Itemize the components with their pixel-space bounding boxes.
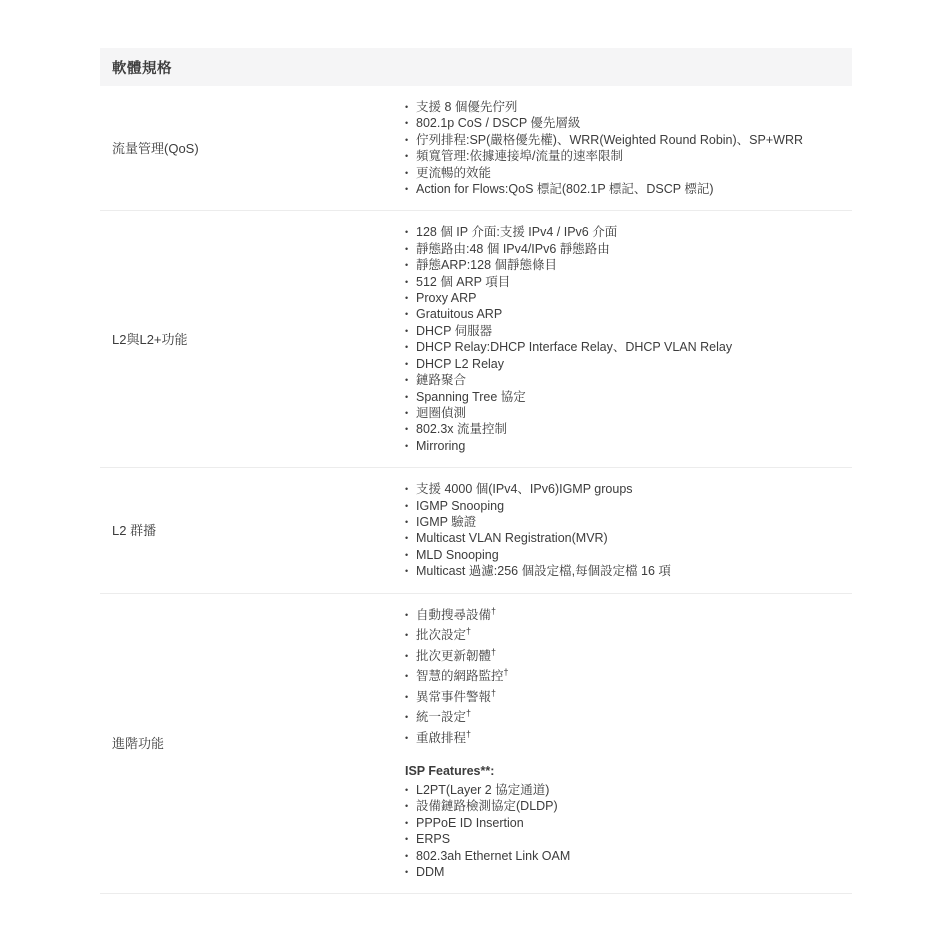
bullet-icon: • — [405, 438, 416, 454]
spec-item: •Spanning Tree 協定 — [405, 389, 846, 405]
bullet-icon: • — [405, 339, 416, 355]
spec-section-header: 軟體規格 — [100, 48, 852, 86]
bullet-icon: • — [405, 815, 416, 831]
spec-item: •批次更新韌體† — [405, 648, 846, 669]
bullet-icon: • — [405, 607, 416, 624]
spec-item-text: DHCP Relay:DHCP Interface Relay、DHCP VLA… — [416, 339, 846, 355]
spec-rows: 流量管理(QoS)•支援 8 個優先佇列•802.1p CoS / DSCP 優… — [100, 86, 852, 894]
dagger-footnote-mark: † — [491, 647, 496, 657]
spec-item-text: 支援 8 個優先佇列 — [416, 99, 846, 115]
dagger-footnote-mark: † — [491, 688, 496, 698]
spec-item-text: L2PT(Layer 2 協定通道) — [416, 782, 846, 798]
spec-item-text: PPPoE ID Insertion — [416, 815, 846, 831]
spec-item-text: 重啟排程† — [416, 730, 846, 747]
bullet-list: •L2PT(Layer 2 協定通道)•設備鏈路檢測協定(DLDP)•PPPoE… — [405, 782, 846, 880]
bullet-icon: • — [405, 668, 416, 685]
bullet-icon: • — [405, 782, 416, 798]
spec-item-text: 鏈路聚合 — [416, 372, 846, 388]
bullet-icon: • — [405, 323, 416, 339]
spec-item-text: DDM — [416, 864, 846, 880]
spec-row-label: 流量管理(QoS) — [100, 99, 405, 197]
spec-item: •DHCP L2 Relay — [405, 356, 846, 372]
bullet-icon: • — [405, 798, 416, 814]
spec-item: •批次設定† — [405, 627, 846, 648]
spec-item-text: MLD Snooping — [416, 547, 846, 563]
spec-item-text: 佇列排程:SP(嚴格優先權)、WRR(Weighted Round Robin)… — [416, 132, 846, 148]
spec-item-text: 128 個 IP 介面:支援 IPv4 / IPv6 介面 — [416, 224, 846, 240]
spec-item: •更流暢的效能 — [405, 165, 846, 181]
dagger-footnote-mark: † — [491, 606, 496, 616]
bullet-icon: • — [405, 831, 416, 847]
spec-item-text: 512 個 ARP 項目 — [416, 274, 846, 290]
spec-item-text: 頻寬管理:依據連接埠/流量的速率限制 — [416, 148, 846, 164]
bullet-icon: • — [405, 547, 416, 563]
spec-item-text: Mirroring — [416, 438, 846, 454]
dagger-footnote-mark: † — [504, 667, 509, 677]
bullet-icon: • — [405, 405, 416, 421]
spec-item-text: Gratuitous ARP — [416, 306, 846, 322]
bullet-icon: • — [405, 99, 416, 115]
bullet-icon: • — [405, 165, 416, 181]
spec-item-text: 批次設定† — [416, 627, 846, 644]
bullet-icon: • — [405, 181, 416, 197]
spec-item-text: DHCP 伺服器 — [416, 323, 846, 339]
spec-item-text: DHCP L2 Relay — [416, 356, 846, 372]
spec-item: •Multicast 過濾:256 個設定檔,每個設定檔 16 項 — [405, 563, 846, 579]
spec-row-value: •支援 4000 個(IPv4、IPv6)IGMP groups•IGMP Sn… — [405, 481, 852, 579]
bullet-icon: • — [405, 356, 416, 372]
bullet-icon: • — [405, 730, 416, 747]
bullet-icon: • — [405, 709, 416, 726]
spec-item: •靜態ARP:128 個靜態條目 — [405, 257, 846, 273]
spec-group: •支援 8 個優先佇列•802.1p CoS / DSCP 優先層級•佇列排程:… — [405, 99, 846, 197]
spec-item-text: IGMP 驗證 — [416, 514, 846, 530]
dagger-footnote-mark: † — [466, 708, 471, 718]
bullet-icon: • — [405, 224, 416, 240]
spec-row: L2 群播•支援 4000 個(IPv4、IPv6)IGMP groups•IG… — [100, 468, 852, 593]
bullet-icon: • — [405, 848, 416, 864]
bullet-icon: • — [405, 864, 416, 880]
bullet-icon: • — [405, 481, 416, 497]
bullet-icon: • — [405, 421, 416, 437]
spec-item: •Multicast VLAN Registration(MVR) — [405, 530, 846, 546]
spec-group: •128 個 IP 介面:支援 IPv4 / IPv6 介面•靜態路由:48 個… — [405, 224, 846, 454]
spec-row-label: L2與L2+功能 — [100, 224, 405, 454]
spec-item: •DHCP Relay:DHCP Interface Relay、DHCP VL… — [405, 339, 846, 355]
spec-item-text: Proxy ARP — [416, 290, 846, 306]
spec-row-value: •自動搜尋設備†•批次設定†•批次更新韌體†•智慧的網路監控†•異常事件警報†•… — [405, 607, 852, 881]
bullet-icon: • — [405, 498, 416, 514]
spec-item: •自動搜尋設備† — [405, 607, 846, 628]
spec-item: •統一設定† — [405, 709, 846, 730]
spec-row-value: •支援 8 個優先佇列•802.1p CoS / DSCP 優先層級•佇列排程:… — [405, 99, 852, 197]
spec-item: •DDM — [405, 864, 846, 880]
bullet-list: •128 個 IP 介面:支援 IPv4 / IPv6 介面•靜態路由:48 個… — [405, 224, 846, 454]
spec-row-label: 進階功能 — [100, 607, 405, 881]
bullet-icon: • — [405, 241, 416, 257]
software-spec-table: 軟體規格 流量管理(QoS)•支援 8 個優先佇列•802.1p CoS / D… — [100, 48, 852, 894]
spec-item-text: Spanning Tree 協定 — [416, 389, 846, 405]
spec-item-text: ERPS — [416, 831, 846, 847]
spec-item-text: 更流暢的效能 — [416, 165, 846, 181]
bullet-icon: • — [405, 274, 416, 290]
spec-item: •鏈路聚合 — [405, 372, 846, 388]
bullet-icon: • — [405, 648, 416, 665]
spec-item-text: 迴圈偵測 — [416, 405, 846, 421]
spec-item: •128 個 IP 介面:支援 IPv4 / IPv6 介面 — [405, 224, 846, 240]
bullet-list: •支援 4000 個(IPv4、IPv6)IGMP groups•IGMP Sn… — [405, 481, 846, 579]
spec-item: •PPPoE ID Insertion — [405, 815, 846, 831]
spec-item: •靜態路由:48 個 IPv4/IPv6 靜態路由 — [405, 241, 846, 257]
spec-item-text: 批次更新韌體† — [416, 648, 846, 665]
bullet-icon: • — [405, 530, 416, 546]
spec-page: 軟體規格 流量管理(QoS)•支援 8 個優先佇列•802.1p CoS / D… — [0, 0, 950, 950]
bullet-icon: • — [405, 689, 416, 706]
bullet-list: •支援 8 個優先佇列•802.1p CoS / DSCP 優先層級•佇列排程:… — [405, 99, 846, 197]
spec-group: •支援 4000 個(IPv4、IPv6)IGMP groups•IGMP Sn… — [405, 481, 846, 579]
bullet-icon: • — [405, 290, 416, 306]
spec-item-text: Action for Flows:QoS 標記(802.1P 標記、DSCP 標… — [416, 181, 846, 197]
spec-item-text: 智慧的網路監控† — [416, 668, 846, 685]
bullet-icon: • — [405, 257, 416, 273]
spec-item-text: 自動搜尋設備† — [416, 607, 846, 624]
spec-item: •支援 8 個優先佇列 — [405, 99, 846, 115]
spec-item: •迴圈偵測 — [405, 405, 846, 421]
spec-row: 流量管理(QoS)•支援 8 個優先佇列•802.1p CoS / DSCP 優… — [100, 86, 852, 211]
spec-group: •自動搜尋設備†•批次設定†•批次更新韌體†•智慧的網路監控†•異常事件警報†•… — [405, 607, 846, 751]
spec-item: •頻寬管理:依據連接埠/流量的速率限制 — [405, 148, 846, 164]
bullet-icon: • — [405, 148, 416, 164]
spec-item: •Action for Flows:QoS 標記(802.1P 標記、DSCP … — [405, 181, 846, 197]
bullet-icon: • — [405, 389, 416, 405]
spec-item: •Mirroring — [405, 438, 846, 454]
bullet-list: •自動搜尋設備†•批次設定†•批次更新韌體†•智慧的網路監控†•異常事件警報†•… — [405, 607, 846, 751]
bullet-icon: • — [405, 627, 416, 644]
bullet-icon: • — [405, 563, 416, 579]
spec-item: •802.3ah Ethernet Link OAM — [405, 848, 846, 864]
spec-group: ISP Features**:•L2PT(Layer 2 協定通道)•設備鏈路檢… — [405, 763, 846, 881]
spec-item: •802.3x 流量控制 — [405, 421, 846, 437]
spec-item-text: 802.3x 流量控制 — [416, 421, 846, 437]
spec-item-text: 支援 4000 個(IPv4、IPv6)IGMP groups — [416, 481, 846, 497]
bullet-icon: • — [405, 306, 416, 322]
bullet-icon: • — [405, 514, 416, 530]
spec-item: •Gratuitous ARP — [405, 306, 846, 322]
spec-item: •異常事件警報† — [405, 689, 846, 710]
spec-row-label: L2 群播 — [100, 481, 405, 579]
spec-item: •支援 4000 個(IPv4、IPv6)IGMP groups — [405, 481, 846, 497]
spec-item-text: 統一設定† — [416, 709, 846, 726]
spec-item: •智慧的網路監控† — [405, 668, 846, 689]
spec-item: •DHCP 伺服器 — [405, 323, 846, 339]
spec-row: L2與L2+功能•128 個 IP 介面:支援 IPv4 / IPv6 介面•靜… — [100, 211, 852, 468]
bullet-icon: • — [405, 132, 416, 148]
spec-item: •802.1p CoS / DSCP 優先層級 — [405, 115, 846, 131]
spec-item: •IGMP 驗證 — [405, 514, 846, 530]
dagger-footnote-mark: † — [466, 729, 471, 739]
spec-group-heading: ISP Features**: — [405, 763, 846, 779]
spec-item: •MLD Snooping — [405, 547, 846, 563]
spec-item-text: 靜態ARP:128 個靜態條目 — [416, 257, 846, 273]
spec-item: •設備鏈路檢測協定(DLDP) — [405, 798, 846, 814]
bullet-icon: • — [405, 115, 416, 131]
spec-section-title: 軟體規格 — [112, 57, 172, 78]
spec-row-value: •128 個 IP 介面:支援 IPv4 / IPv6 介面•靜態路由:48 個… — [405, 224, 852, 454]
spec-item: •Proxy ARP — [405, 290, 846, 306]
spec-item-text: 802.3ah Ethernet Link OAM — [416, 848, 846, 864]
spec-item-text: 設備鏈路檢測協定(DLDP) — [416, 798, 846, 814]
spec-item: •512 個 ARP 項目 — [405, 274, 846, 290]
spec-item: •L2PT(Layer 2 協定通道) — [405, 782, 846, 798]
spec-row: 進階功能•自動搜尋設備†•批次設定†•批次更新韌體†•智慧的網路監控†•異常事件… — [100, 594, 852, 895]
spec-item: •佇列排程:SP(嚴格優先權)、WRR(Weighted Round Robin… — [405, 132, 846, 148]
spec-item-text: Multicast VLAN Registration(MVR) — [416, 530, 846, 546]
spec-item: •重啟排程† — [405, 730, 846, 751]
spec-item-text: IGMP Snooping — [416, 498, 846, 514]
spec-item-text: Multicast 過濾:256 個設定檔,每個設定檔 16 項 — [416, 563, 846, 579]
spec-item-text: 802.1p CoS / DSCP 優先層級 — [416, 115, 846, 131]
spec-item-text: 靜態路由:48 個 IPv4/IPv6 靜態路由 — [416, 241, 846, 257]
spec-item: •ERPS — [405, 831, 846, 847]
spec-item-text: 異常事件警報† — [416, 689, 846, 706]
bullet-icon: • — [405, 372, 416, 388]
spec-item: •IGMP Snooping — [405, 498, 846, 514]
dagger-footnote-mark: † — [466, 626, 471, 636]
